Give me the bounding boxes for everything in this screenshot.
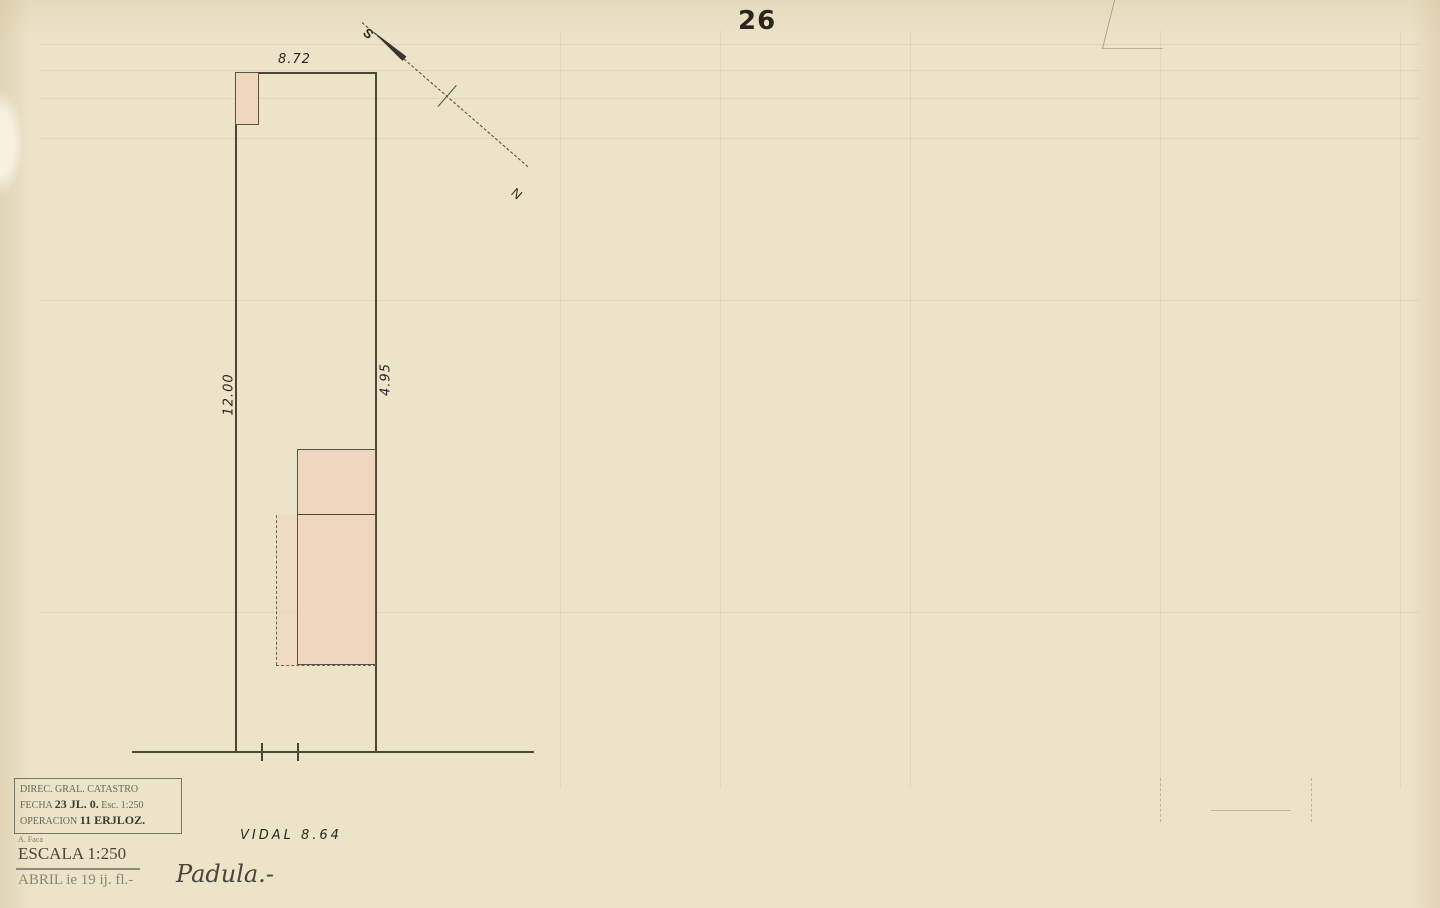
street-tick: [261, 743, 263, 761]
stamp-line-3: OPERACION 11 ERJLOZ.: [20, 813, 176, 829]
scale-label: ESCALA 1:250: [18, 844, 126, 864]
projected-area-fill: [277, 515, 297, 665]
stamp-operation: 11 ERJLOZ.: [80, 813, 145, 827]
stamp-line-1: DIREC. GRAL. CATASTRO: [20, 782, 176, 797]
built-area-main: [297, 449, 376, 665]
dimension-right-depth: 4.95: [379, 360, 394, 400]
stamp-date: 23 JL. 0.: [55, 797, 99, 811]
ruled-column: [720, 30, 721, 788]
dimension-left-depth: 12.00: [222, 370, 237, 420]
ruled-line: [40, 44, 1420, 45]
ruled-column: [560, 30, 561, 788]
page-number: 26: [738, 6, 776, 36]
signature: Padula.-: [176, 860, 274, 888]
dimension-top-width: 8.72: [278, 52, 311, 67]
north-arrow-start-label: S: [360, 25, 376, 42]
paper-crack: [1102, 0, 1175, 49]
date-line: ABRIL ie 19 ij. fl.-: [18, 872, 133, 889]
faint-bleedthrough-marks: [1160, 778, 1312, 822]
scale-underline: [16, 868, 140, 870]
street-tick: [297, 743, 299, 761]
ruled-column: [910, 30, 911, 788]
cadastre-stamp: DIREC. GRAL. CATASTRO FECHA 23 JL. 0. Es…: [14, 778, 182, 834]
street-line: [132, 751, 534, 753]
street-label: VIDAL 8.64: [240, 828, 342, 843]
scale-prefix: A. Faca: [18, 835, 43, 844]
ruled-line: [40, 138, 1420, 139]
projected-wall-dashed: [276, 665, 376, 666]
north-arrow-icon: [362, 22, 514, 154]
stamp-line-2: FECHA 23 JL. 0. Esc. 1:250: [20, 797, 176, 813]
paper-damage: [0, 88, 24, 198]
ruled-column: [1160, 30, 1161, 788]
north-arrow-end-label: N: [508, 185, 525, 202]
built-area-small: [235, 72, 259, 125]
built-area-divider: [297, 514, 376, 515]
ruled-line: [40, 300, 1420, 301]
ruled-line: [40, 612, 1420, 613]
scanned-plan-sheet: 26 8.72 12.00 4.95 S N VIDAL 8.64 DIREC.…: [0, 0, 1440, 908]
ruled-column: [1400, 30, 1401, 788]
ruled-line: [40, 70, 1420, 71]
